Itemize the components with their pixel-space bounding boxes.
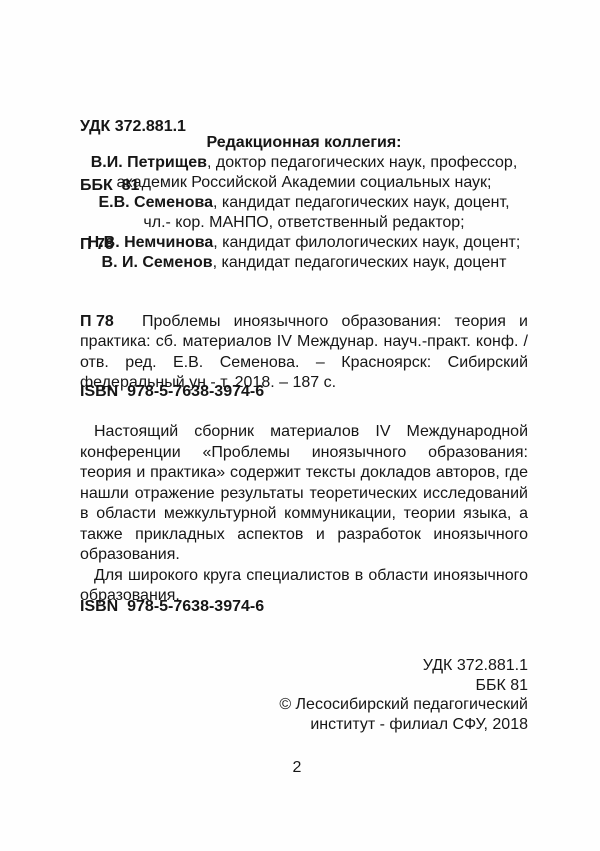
editorial-board-member: академик Российской Академии социальных …: [70, 173, 538, 193]
member-title: , кандидат филологических наук, доцент;: [213, 234, 520, 251]
member-title: академик Российской Академии социальных …: [117, 174, 492, 191]
isbn-number-top: ISBN 978-5-7638-3974-6: [80, 383, 264, 401]
member-title: , кандидат педагогических наук, доцент: [213, 254, 507, 271]
member-name: Е.В. Семенова: [98, 194, 213, 211]
bbk-code-bottom: ББК 81: [279, 676, 528, 696]
editorial-board-member: чл.- кор. МАНПО, ответственный редактор;: [70, 213, 538, 233]
member-name: В. И. Семенов: [102, 254, 213, 271]
member-name: В.И. Петрищев: [91, 154, 207, 171]
member-title: , доктор педагогических наук, профессор,: [207, 154, 517, 171]
book-imprint-page: УДК 372.881.1 ББК 81 П 78 Редакционная к…: [0, 0, 600, 851]
catalog-author-sign: П 78: [80, 312, 114, 332]
udc-code-bottom: УДК 372.881.1: [279, 656, 528, 676]
copyright-holder-line2: институт - филиал СФУ, 2018: [279, 715, 528, 735]
annotation: Настоящий сборник материалов IV Междунар…: [80, 422, 528, 607]
page-number: 2: [0, 759, 594, 777]
member-title: , кандидат педагогических наук, доцент,: [213, 194, 510, 211]
bottom-codes-copyright: УДК 372.881.1 ББК 81 © Лесосибирский пед…: [279, 656, 528, 734]
editorial-board-member: Н.В. Немчинова, кандидат филологических …: [70, 233, 538, 253]
member-title: чл.- кор. МАНПО, ответственный редактор;: [143, 214, 464, 231]
member-name: Н.В. Немчинова: [88, 234, 214, 251]
editorial-board-heading: Редакционная коллегия:: [70, 133, 538, 153]
copyright-holder-line1: © Лесосибирский педагогический: [279, 695, 528, 715]
editorial-board: Редакционная коллегия: В.И. Петрищев, до…: [70, 133, 538, 273]
editorial-board-member: В. И. Семенов, кандидат педагогических н…: [70, 253, 538, 273]
isbn-number-bottom: ISBN 978-5-7638-3974-6: [80, 598, 264, 616]
editorial-board-member: В.И. Петрищев, доктор педагогических нау…: [70, 153, 538, 173]
catalog-entry: П 78 Проблемы иноязычного образования: т…: [80, 312, 528, 394]
editorial-board-member: Е.В. Семенова, кандидат педагогических н…: [70, 193, 538, 213]
annotation-paragraph-1: Настоящий сборник материалов IV Междунар…: [80, 422, 528, 566]
catalog-description: Проблемы иноязычного образования: теория…: [80, 312, 528, 394]
